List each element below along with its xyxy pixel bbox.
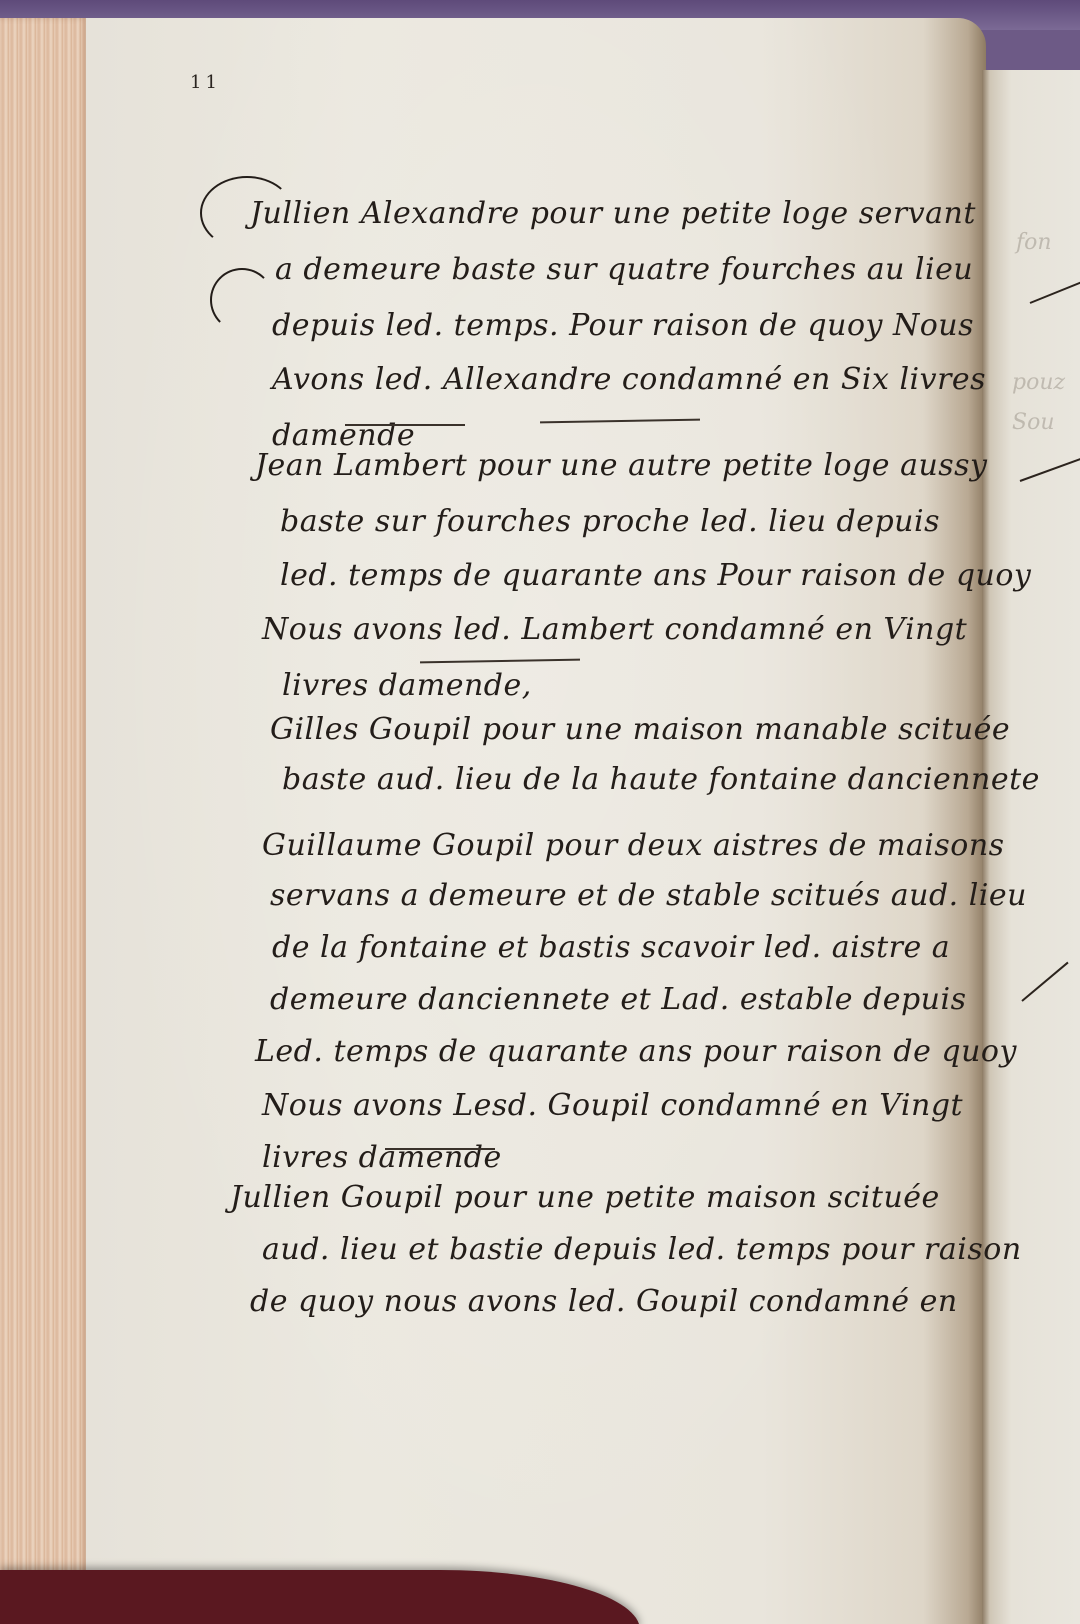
entry-line: servans a demeure et de stable scitués a…	[270, 878, 1027, 913]
facing-ghost-text: fon	[1016, 230, 1052, 255]
entry-line: Gilles Goupil pour une maison manable sc…	[270, 712, 1010, 747]
facing-pen-stroke	[1020, 456, 1080, 482]
facing-pen-stroke	[1021, 962, 1068, 1002]
closing-rule	[345, 424, 465, 426]
entry-line: de quoy nous avons led. Goupil condamné …	[250, 1284, 958, 1319]
entry-line: Nous avons Lesd. Goupil condamné en Ving…	[262, 1088, 963, 1123]
entry-line: Jullien Alexandre pour une petite loge s…	[250, 196, 976, 231]
entry-line: Avons led. Allexandre condamné en Six li…	[272, 362, 986, 397]
entry-line: Nous avons led. Lambert condamné en Ving…	[262, 612, 967, 647]
facing-ghost-text: Sou	[1012, 410, 1055, 435]
entry-line: demeure danciennete et Lad. estable depu…	[270, 982, 967, 1017]
entry-line: baste sur fourches proche led. lieu depu…	[280, 504, 940, 539]
entry-line: baste aud. lieu de la haute fontaine dan…	[282, 762, 1040, 797]
initial-flourish-icon	[210, 268, 274, 332]
entry-line: Guillaume Goupil pour deux aistres de ma…	[262, 828, 1005, 863]
entry-line: Jean Lambert pour une autre petite loge …	[255, 448, 988, 483]
entry-line: Led. temps de quarante ans pour raison d…	[255, 1034, 1017, 1069]
facing-ghost-text: pouz	[1012, 370, 1065, 395]
entry-line: de la fontaine et bastis scavoir led. ai…	[272, 930, 950, 965]
page-edges-stack	[0, 18, 88, 1624]
entry-line: livres damende,	[282, 668, 532, 703]
facing-pen-stroke	[1030, 280, 1080, 304]
entry-line: led. temps de quarante ans Pour raison d…	[280, 558, 1031, 593]
entry-line: Jullien Goupil pour une petite maison sc…	[230, 1180, 940, 1215]
entry-line: aud. lieu et bastie depuis led. temps po…	[262, 1232, 1022, 1267]
entry-line: a demeure baste sur quatre fourches au l…	[275, 252, 973, 287]
red-cloth-foreground	[0, 1570, 640, 1624]
entry-line: depuis led. temps. Pour raison de quoy N…	[272, 308, 974, 343]
entry-line: livres damende	[262, 1140, 502, 1175]
closing-rule	[385, 1148, 495, 1150]
folio-mark: 11	[190, 72, 221, 93]
